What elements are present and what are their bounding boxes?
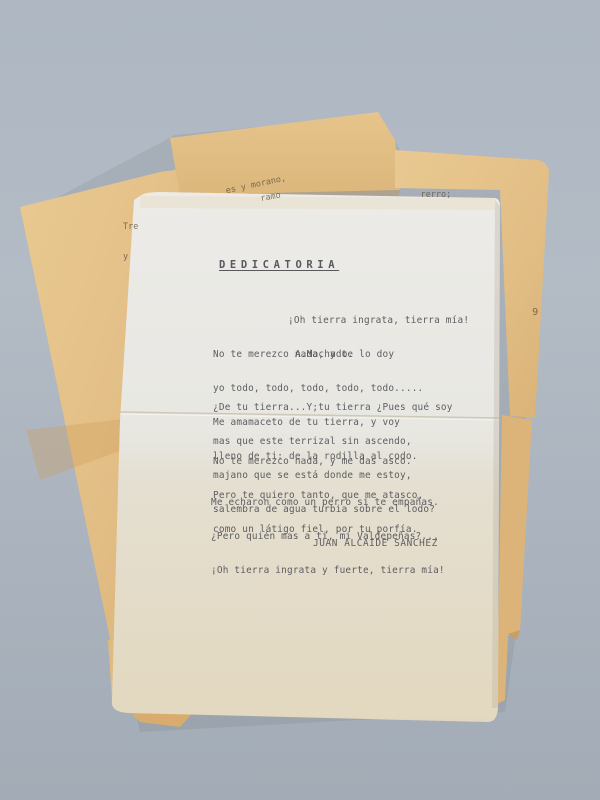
- bg-line: ramo: [260, 191, 282, 204]
- poem-line: No te merezco nada, y me das asco.: [213, 456, 423, 467]
- signature: JUAN ALCAIDE SANCHEZ: [288, 527, 438, 561]
- poem-line: ¿De tu tierra...Y;tu tierra ¿Pues qué so…: [213, 402, 453, 413]
- signature-text: JUAN ALCAIDE SANCHEZ: [313, 538, 438, 549]
- poem-line: ¡Oh tierra ingrata y fuerte, tierra mía!: [211, 565, 445, 576]
- poem-line: No te merezco nada, y te lo doy: [213, 349, 423, 360]
- poem-title: DEDICATORIA: [219, 259, 339, 271]
- bg-line: rerro;: [420, 190, 451, 200]
- poem-line: Me echaron como un perro si te empañas.: [211, 497, 445, 508]
- bg-line: Tre: [123, 222, 143, 232]
- photo-scene: es y morano, ramo Tre y rerro; 9 DEDICAT…: [0, 0, 600, 800]
- epigraph-quote: ¡Oh tierra ingrata, tierra mía!: [288, 315, 469, 326]
- background-margin-mark: 9: [508, 298, 538, 328]
- background-text-right: rerro;: [400, 180, 451, 210]
- background-text-left: Tre y: [123, 202, 143, 282]
- bg-mark: 9: [532, 307, 538, 318]
- bg-line: y: [123, 252, 143, 262]
